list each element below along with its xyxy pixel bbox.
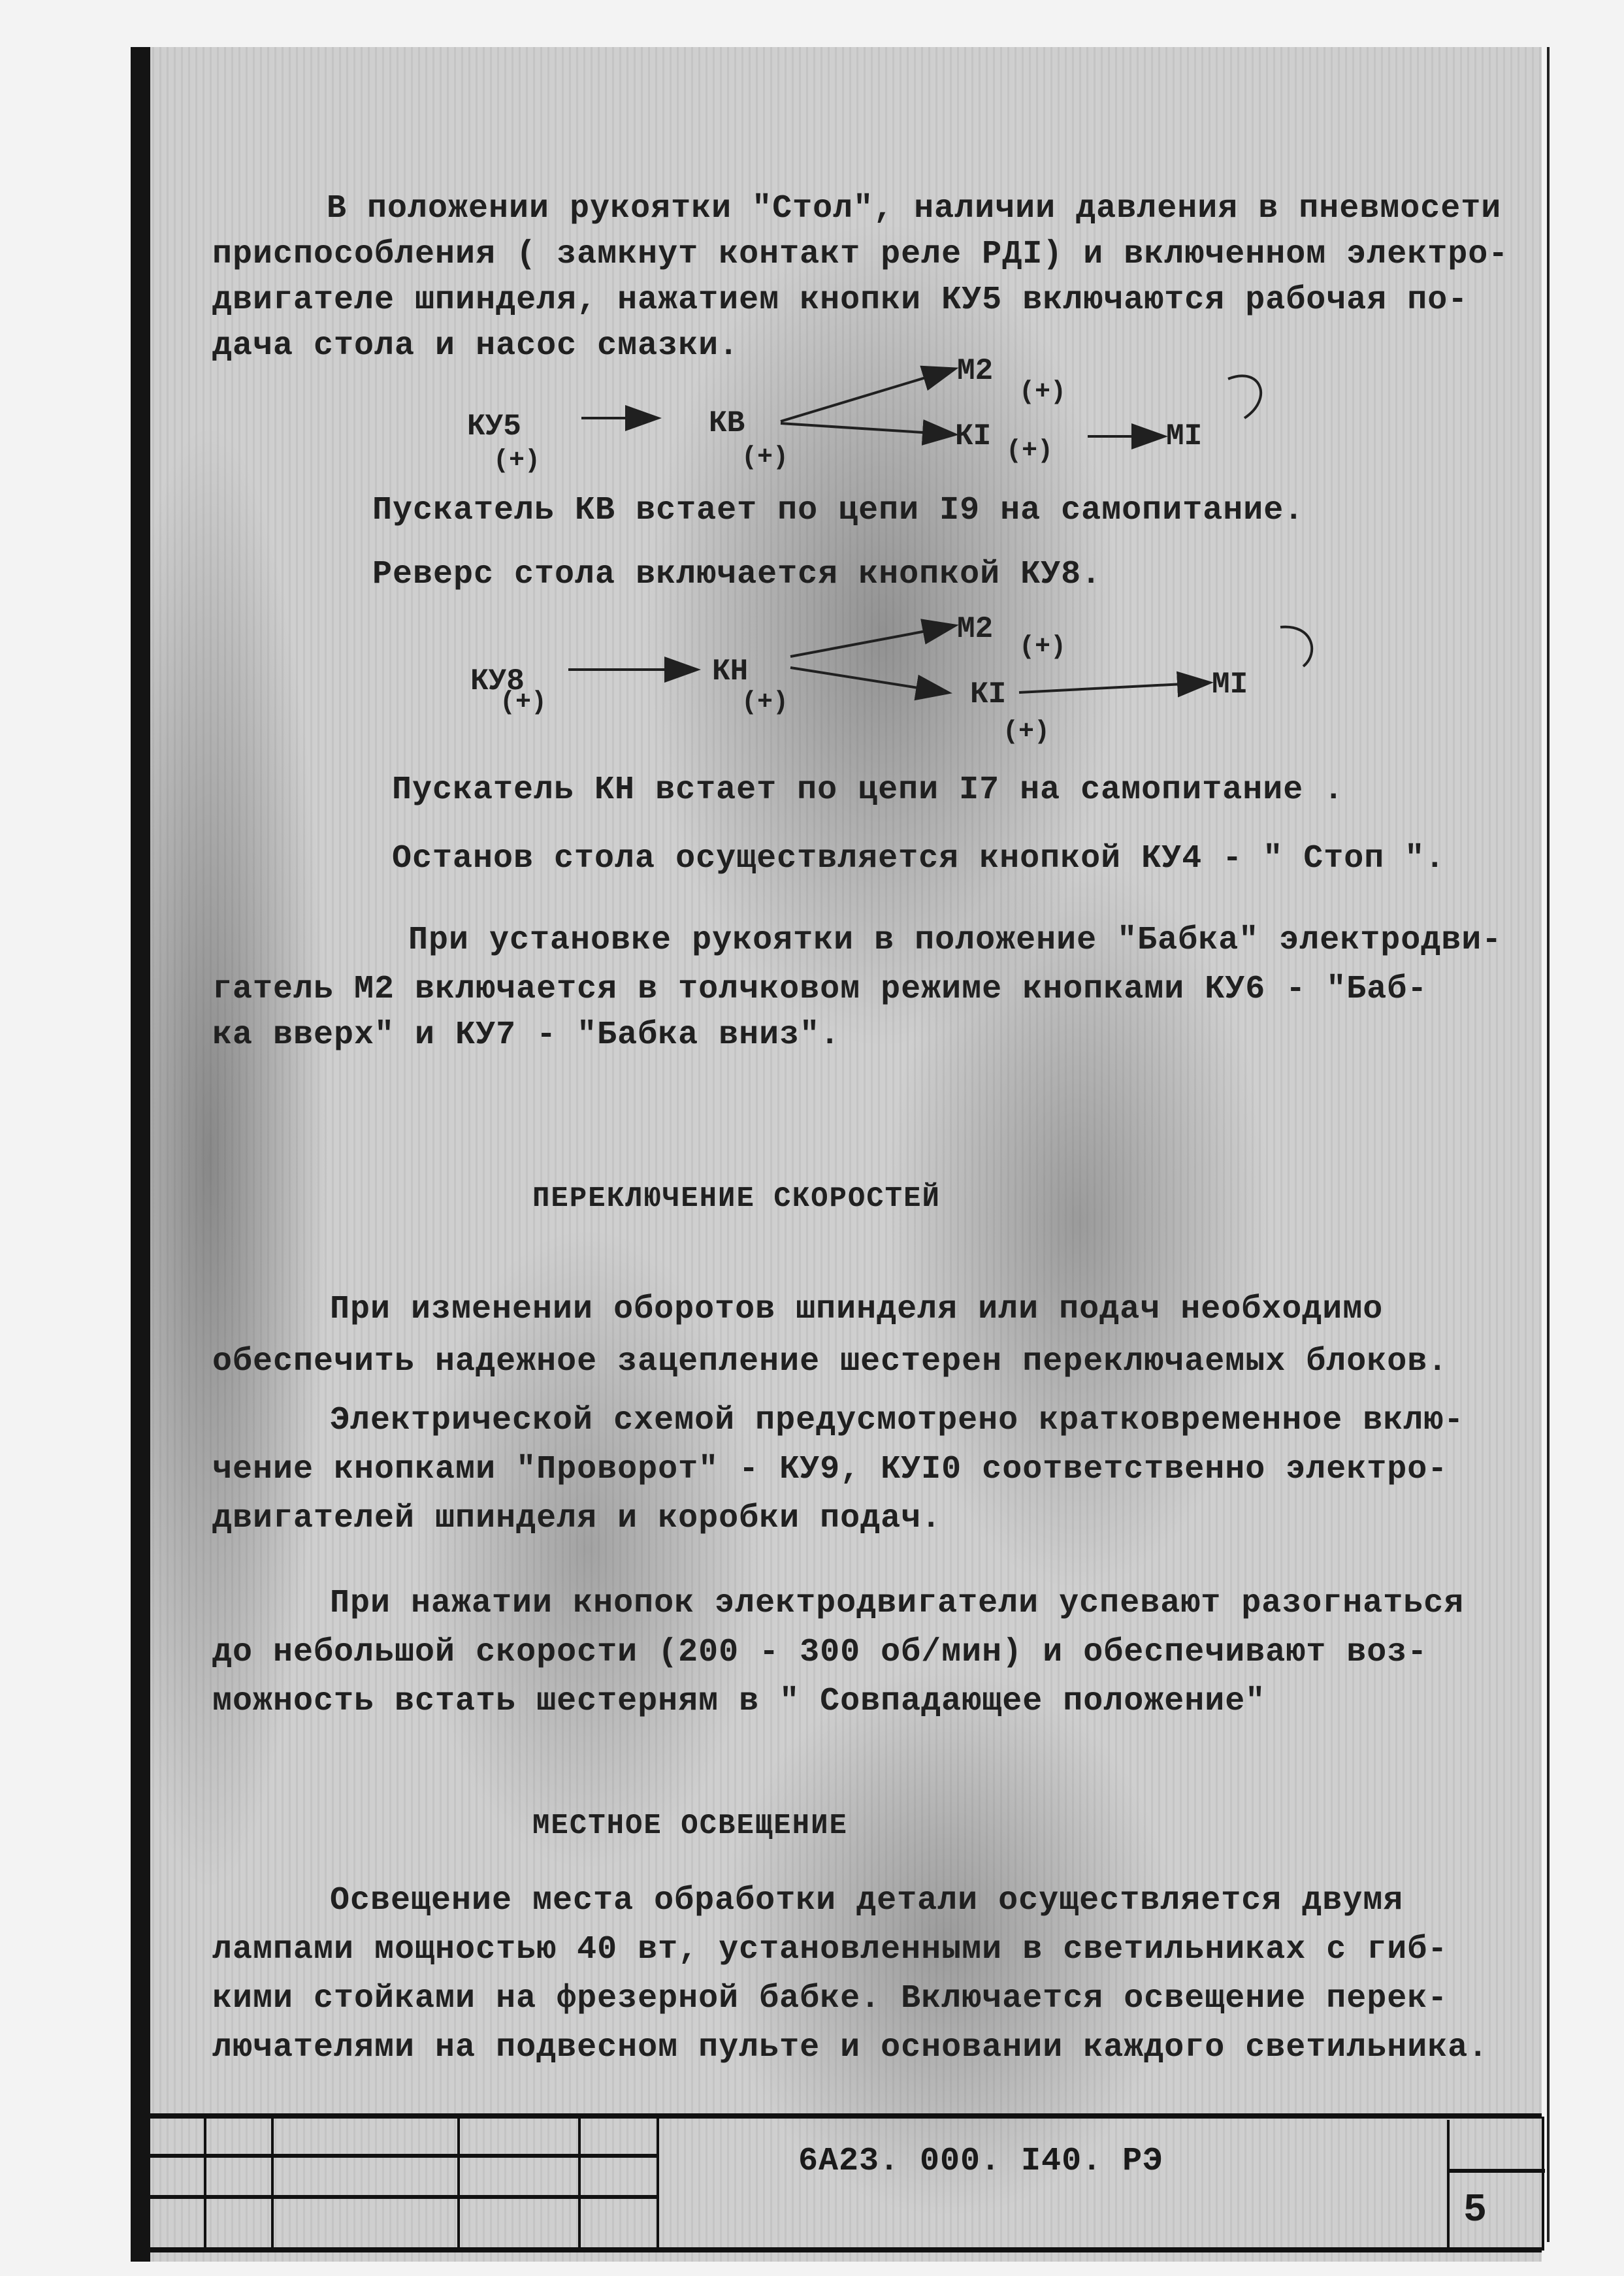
speeds-p3-line-3: можность встать шестерням в " Совпадающе…: [212, 1682, 1265, 1721]
babka-line-1: При установке рукоятки в положение "Бабк…: [408, 921, 1502, 960]
section-heading-lighting: МЕСТНОЕ ОСВЕЩЕНИЕ: [532, 1806, 848, 1845]
binding-edge: [131, 47, 150, 2262]
lighting-line-4: лючателями на подвесном пульте и основан…: [212, 2028, 1488, 2068]
speeds-p1-line-2: обеспечить надежное зацепление шестерен …: [212, 1342, 1448, 1382]
lighting-line-3: кими стойками на фрезерной бабке. Включа…: [212, 1979, 1448, 2019]
reverse-line: Реверс стола включается кнопкой КУ8.: [372, 555, 1101, 594]
paragraph-1-line-4: дача стола и насос смазки.: [212, 327, 739, 366]
document-code: 6А23. 000. I40. РЭ: [798, 2143, 1163, 2180]
paragraph-1-line-2: приспособления ( замкнут контакт реле РД…: [212, 235, 1508, 274]
section-heading-speeds: ПЕРЕКЛЮЧЕНИЕ СКОРОСТЕЙ: [532, 1179, 941, 1218]
speeds-p1-line-1: При изменении оборотов шпинделя или пода…: [330, 1290, 1383, 1329]
frame-right-border: [1547, 47, 1550, 2242]
page-number: 5: [1463, 2188, 1487, 2233]
speeds-p2-line-3: двигателей шпинделя и коробки подач.: [212, 1499, 941, 1538]
speeds-p3-line-2: до небольшой скорости (200 - 300 об/мин)…: [212, 1633, 1427, 1672]
babka-line-3: ка вверх" и КУ7 - "Бабка вниз".: [212, 1016, 840, 1055]
scanned-page: [131, 47, 1542, 2262]
stop-line: Останов стола осуществляется кнопкой КУ4…: [392, 839, 1445, 879]
speeds-p2-line-2: чение кнопками "Проворот" - КУ9, КУI0 со…: [212, 1450, 1448, 1489]
paragraph-1-line-1: В положении рукоятки "Стол", наличии дав…: [327, 189, 1501, 229]
speeds-p2-line-1: Электрической схемой предусмотрено кратк…: [330, 1401, 1464, 1440]
lighting-line-1: Освещение места обработки детали осущест…: [330, 1881, 1403, 1921]
kn-self-power-line: Пускатель КН встает по цепи I7 на самопи…: [392, 771, 1344, 810]
paragraph-1-line-3: двигателе шпинделя, нажатием кнопки КУ5 …: [212, 281, 1468, 320]
babka-line-2: гатель М2 включается в толчковом режиме …: [212, 970, 1427, 1009]
kv-self-power-line: Пускатель КВ встает по цепи I9 на самопи…: [372, 491, 1304, 530]
lighting-line-2: лампами мощностью 40 вт, установленными …: [212, 1930, 1448, 1970]
speeds-p3-line-1: При нажатии кнопок электродвигатели успе…: [330, 1584, 1464, 1623]
